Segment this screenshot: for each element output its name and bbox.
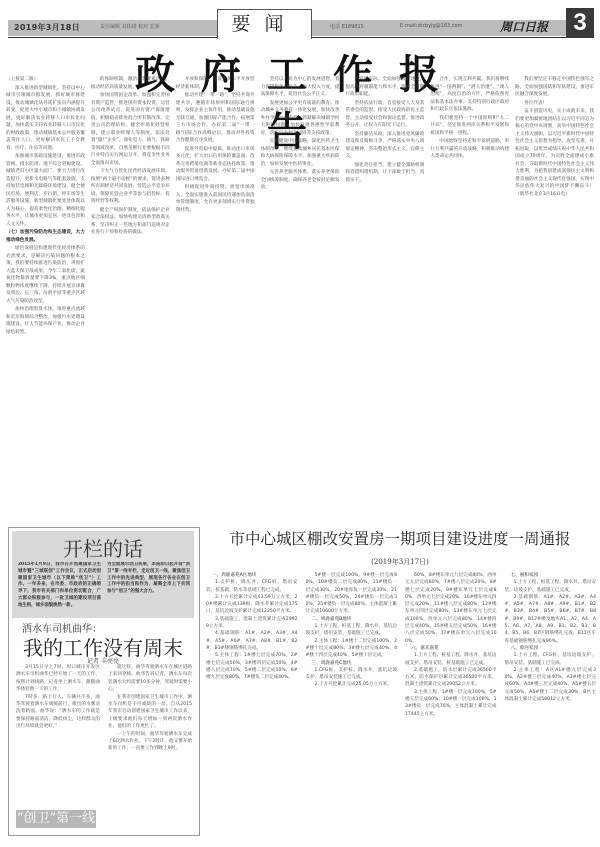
- article-paragraph: 健全产权保护制度，依法保护企业家合法权益。加快构建亲清新型政商关系，坚决纠正一些…: [91, 207, 170, 237]
- article-paragraph: 促进外贸稳中提质。推动出口市场多元化，扩大出口信用保险覆盖面。改革完善跨境电商等…: [176, 146, 255, 184]
- column-tag-chuangwei: “创卫”第一线: [16, 810, 96, 828]
- article-column: 的发展实际。全面加强政府建设，提高政府履职能力和水平，依法全面履行政府职能。坚持…: [345, 76, 424, 516]
- article-column: 合作，实现互利共赢。我们将继续推进“一国两制”、“港人治港”、“澳人治澳”，高度…: [430, 76, 509, 516]
- newspaper-logo: 周口日报: [500, 18, 548, 35]
- article-paragraph: 坚持以人民为中心的发展思想，着力保障和改善民生，加大投入力度，提高保障水平，促进…: [261, 76, 340, 99]
- issue-date: 2019年3月18日: [14, 22, 80, 33]
- report-paragraph: 5#楼一层完成100%，9#楼一层完成80%，10#楼负二层完成80%，11#楼…: [306, 572, 398, 616]
- report-paragraph: 2.土方开挖累计完成25.05万立方米。: [306, 681, 398, 688]
- report-paragraph: 5.主体工程：1#楼七层完成70%，2#楼七层完成50%，3#楼四层完成50%，…: [206, 652, 298, 681]
- report-paragraph: 2.基础施工，防水层累计完成36500平方米，防水保护层累计完成36500平方米…: [405, 667, 497, 689]
- column-intro-text: 2015年1月9日，我市召开创建国家卫生城市暨“三城联创”工作会议，正式启动创建…: [18, 562, 190, 616]
- report-paragraph: 2.土方开挖累计完成43.59万立方米，20#楼累计完成139根，降水井累计完成…: [206, 594, 298, 616]
- article-paragraph: 加快国资国企改革。加强和完善国有资产监管，推进国有资本投资、运营公司改革试点，促…: [91, 92, 170, 167]
- contact-email: E-mail:zkrbyjg@163.com: [400, 23, 462, 29]
- report-column: 七、丽和家园1.土方工程、桩基工程、降水井、塔吊安装、边坡支护、基础施工已完成。…: [505, 572, 597, 834]
- report-column: 一、周鹿嘉苑A区地块1.支护桩、降压井、CFG桩、塔吊安装、桩基础、防水等基础工…: [206, 572, 298, 834]
- column-intro-title: 开栏的话: [12, 533, 194, 562]
- article-column: （上接第二版）深入推进新型城镇化。坚持以中心城市引领城市群发展，抓好城市群建设，…: [6, 76, 85, 516]
- feature-paragraph: 在我市创建国家卫生城市工作中，洒水车司机是不可或缺的一员。自从2015年我市启动…: [108, 694, 192, 731]
- article-paragraph: 积极促进外商投资。放宽市场准入，全面实施准入前国民待遇加负面清单管理制度，允许更…: [176, 184, 255, 214]
- feature-body: 3月15日早上7时，周口城市开发区洒水车司机曲华已经开始了一天的工作。按照计划线…: [16, 664, 192, 830]
- article-column: 坚持以人民为中心的发展思想，着力保障和改善民生，加大投入力度，提高保障水平，促进…: [261, 76, 340, 516]
- article-paragraph: 完善养老服务体系，落实养老保险全国统筹制度，确保养老金按时足额发放。: [261, 169, 340, 192]
- feature-paragraph: 7时多，路上行人、车辆并不多，曲华驾驶着洒水车缓缓前行，喷出的水雾清洗着路面。曲…: [16, 694, 100, 731]
- report-paragraph: 1.土方工程、桩基工程、降水井、基坑边坡支护、塔吊安装、桩基础施工已完成。: [405, 652, 497, 667]
- report-paragraph: 2.基础钢筋：A1#、A2#、A3#、A4#、A5#、A7#、A8#、A9#、B…: [505, 594, 597, 645]
- report-column: 60%，8#楼东单元九层完成80%，西单元九层完成80%，7#楼八层完成20%，…: [405, 572, 497, 834]
- article-subhead: （七）加强污染防治和生态建设，大力推动绿色发展。: [6, 229, 85, 244]
- article-paragraph: 强化责任担当，建立健全激励机制和容错纠错机制，让干部敢于担当、真抓实干。: [345, 162, 424, 185]
- article-paragraph: 加强城市基础设施建设，推进市政管网、排水防涝、地下综合管廊建设。城镇老旧小区量大…: [6, 153, 85, 228]
- article-paragraph: 各位代表！: [515, 100, 594, 108]
- report-subhead: 一、周鹿嘉苑A区地块: [206, 572, 298, 579]
- article-paragraph: 中国始终坚持走和平发展道路，奉行互利共赢的开放战略，积极推动构建人类命运共同体。: [430, 138, 509, 161]
- progress-report-title: 市中心城区棚改安置房一期项目建设进度一周通报: [200, 527, 600, 549]
- article-paragraph: 加快治理黑臭水体，推进重点流域和近岸海域综合整治，加强污水处理设施建设。壮大节能…: [6, 306, 85, 336]
- article-paragraph: 坚持廉洁从政，深入推进党风廉政建设和反腐败斗争，严格落实中央八项规定精神，坚决整…: [345, 131, 424, 161]
- article-paragraph: 我们要坚持一个中国原则和“九二共识”，坚定推进两岸关系和平发展和祖国和平统一进程…: [430, 115, 509, 138]
- article-column: 的体制机制，激活各类要素活力，推动经济高质量发展。加快国资国企改革。加强和完善国…: [91, 76, 170, 516]
- report-paragraph: 2.主体工程：A区A1#楼九层完成30%，A2#楼三层完成40%，A3#楼七层完…: [505, 667, 597, 703]
- article-paragraph: 绿色发展是构建现代化经济体系的必然要求，是解决污染问题的根本之策。我们要持续推进…: [6, 245, 85, 305]
- column-intro-para: 为全面展示创卫成果，本报即日起开设“创卫”第一线专栏，走近创卫一线，聚焦创卫工作…: [107, 562, 190, 616]
- article-paragraph: 实施健康中国战略，深化医药卫生体制改革，继续提高城乡居民基本医保和大病保险保障水…: [261, 138, 340, 168]
- feature-paragraph: 一上午的时间，曲华驾驶洒水车完成了6次洒水作业。下午2时许，他又要开始新的工作，…: [108, 731, 192, 753]
- section-label: 要闻: [217, 9, 312, 39]
- continued-note: （上接第二版）: [6, 76, 85, 84]
- column-intro-para: 2015年1月9日，我市召开创建国家卫生城市暨“三城联创”工作会议，正式启动创建…: [18, 562, 101, 616]
- report-column: 5#楼一层完成100%，9#楼一层完成80%，10#楼负二层完成80%，11#楼…: [306, 572, 398, 834]
- feature-paragraph: 就这样，曲华驾驶洒水车在城区道路上来回穿梭。曲华告诉记者，洒水车每次装满水大约需…: [108, 664, 192, 694]
- article-paragraph: 开放和保障，建设更高水平开放型经济新体制。: [176, 76, 255, 91]
- report-subhead: 八、蔡河家园: [505, 645, 597, 652]
- report-subhead: 二、周鹿嘉苑B地块: [306, 616, 398, 623]
- report-paragraph: 1.土方工程、CFG桩、基坑边坡支护、塔吊安装、基础施工已完成。: [505, 652, 597, 667]
- article-paragraph: 我们要坚定不移走中国特色强军之路，全面加强国防和军队建设，推进军民融合深度发展。: [515, 76, 594, 99]
- article-column: 开放和保障，建设更高水平开放型经济新体制。推动共建“一带一路”。坚持共商共建共享…: [176, 76, 255, 516]
- progress-report-body: 一、周鹿嘉苑A区地块1.支护桩、降压井、CFG桩、塔吊安装、桩基础、防水等基础工…: [206, 572, 596, 834]
- report-paragraph: 3.基础施工，混凝土浇筑累计完成29929立方米。: [206, 616, 298, 631]
- article-paragraph: 发展更加公平更有质量的教育。推动城乡义务教育一体化发展，加快改善乡村学校办学条件…: [261, 100, 340, 138]
- article-paragraph: 合作，实现互利共赢。我们将继续推进“一国两制”、“港人治港”、“澳人治澳”，高度…: [430, 76, 509, 114]
- article-paragraph: 奋斗创造历史，实干成就未来。我们要更加紧密地团结在以习近平同志为核心的党中央周围…: [515, 108, 594, 198]
- article-column: 我们要坚定不移走中国特色强军之路，全面加强国防和军队建设，推进军民融合深度发展。…: [515, 76, 594, 516]
- report-paragraph: 2.主体工程：1#楼十二层完成100%，2#楼十层完成80%，3#楼七层完成40…: [306, 638, 398, 660]
- main-article-body: （上接第二版）深入推进新型城镇化。坚持以中心城市引领城市群发展，抓好城市群建设，…: [6, 76, 594, 516]
- report-paragraph: 60%，8#楼东单元九层完成80%，西单元九层完成80%，7#楼八层完成20%，…: [405, 572, 497, 645]
- progress-report-date: (2019年3月17日): [200, 557, 600, 567]
- report-paragraph: 1.CFG桩、支护桩、降水井、基坑边坡支护、塔吊安装施工已完成。: [306, 667, 398, 682]
- report-paragraph: 3.主体工程：1#楼一层完成100%，5#楼五层完成60%，10#楼一层完成10…: [405, 689, 497, 718]
- article-paragraph: 深入推进新型城镇化。坚持以中心城市引领城市群发展，抓好城市群建设，推动城镇化从外…: [6, 85, 85, 153]
- report-subhead: 三、周鹿嘉苑C地块: [306, 660, 398, 667]
- feature-paragraph: 3月15日早上7时，周口城市开发区洒水车司机曲华已经开始了一天的工作。按照计划线…: [16, 664, 100, 694]
- article-paragraph: 的体制机制，激活各类要素活力，推动经济高质量发展。: [91, 76, 170, 91]
- article-paragraph: 坚持依法行政，自觉接受人大及其常委会的监督，接受人民政协的民主监督，主动接受社会…: [345, 100, 424, 130]
- page-number: 3: [566, 8, 594, 38]
- report-subhead: 七、丽和家园: [505, 572, 597, 579]
- contact-phone: 电话 8189815: [330, 23, 364, 30]
- article-paragraph: 的发展实际。全面加强政府建设，提高政府履职能力和水平，依法全面履行政府职能。: [345, 76, 424, 99]
- report-paragraph: 1.支护桩、降压井、CFG桩、塔吊安装、桩基础、防水等基础工程已完成。: [206, 579, 298, 594]
- report-paragraph: 1.土方工程、桩基工程、降水井、基坑边坡支护、塔吊安装、基础施工已完成。: [306, 623, 398, 638]
- report-paragraph: 4.基础钢筋：A1#、A2#、A3#、A4#、A5#、A6#、A7#、A8#、B…: [206, 630, 298, 652]
- report-subhead: 六、嘉禾嘉苑: [405, 645, 497, 652]
- editors-credit: 责任编辑 刘玮琦 校对 宏新: [100, 23, 160, 30]
- article-paragraph: 下大气力优化民营经济发展环境。按照“两个毫不动摇”的要求，促进多种所有制经济共同…: [91, 168, 170, 206]
- report-paragraph: 1.土方工程、桩基工程、降水井、塔吊安装、边坡支护、基础施工已完成。: [505, 579, 597, 594]
- article-paragraph: 推动共建“一带一路”。坚持共商共建共享，遵循市场原则和国际通行规则，发挥企业主体…: [176, 92, 255, 145]
